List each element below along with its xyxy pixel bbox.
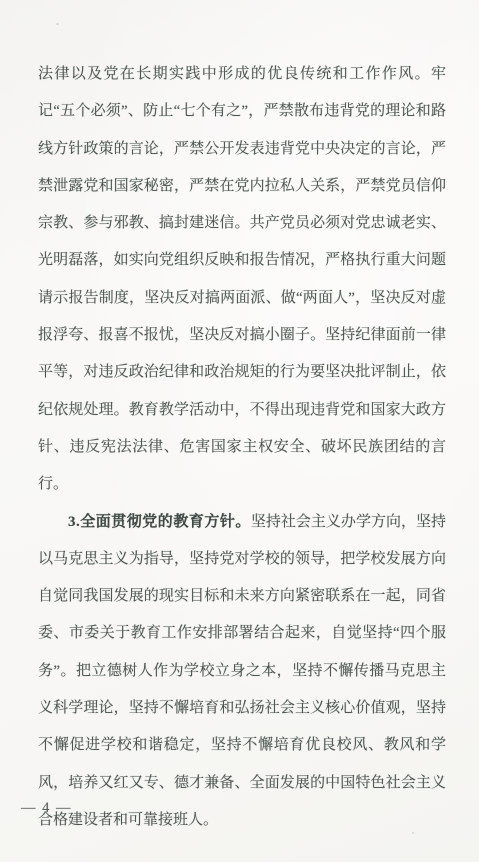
- scan-speck: [56, 23, 59, 25]
- scanned-document-page: 法律以及党在长期实践中形成的优良传统和工作作风。牢记“五个必须”、防止“七个有之…: [0, 0, 479, 862]
- scan-speck: [383, 784, 385, 785]
- scan-speck: [412, 832, 414, 834]
- paragraph-continuation: 法律以及党在长期实践中形成的优良传统和工作作风。牢记“五个必须”、防止“七个有之…: [38, 56, 446, 504]
- page-number: — 4 —: [21, 798, 72, 818]
- paragraph-3-heading: 3.全面贯彻党的教育方针。: [68, 514, 251, 530]
- paragraph-3: 3.全面贯彻党的教育方针。坚持社会主义办学方向，坚持以马克思主义为指导，坚持党对…: [38, 504, 446, 840]
- paragraph-3-body: 坚持社会主义办学方向，坚持以马克思主义为指导，坚持党对学校的领导，把学校发展方向…: [38, 514, 446, 828]
- body-text: 法律以及党在长期实践中形成的优良传统和工作作风。牢记“五个必须”、防止“七个有之…: [38, 56, 446, 839]
